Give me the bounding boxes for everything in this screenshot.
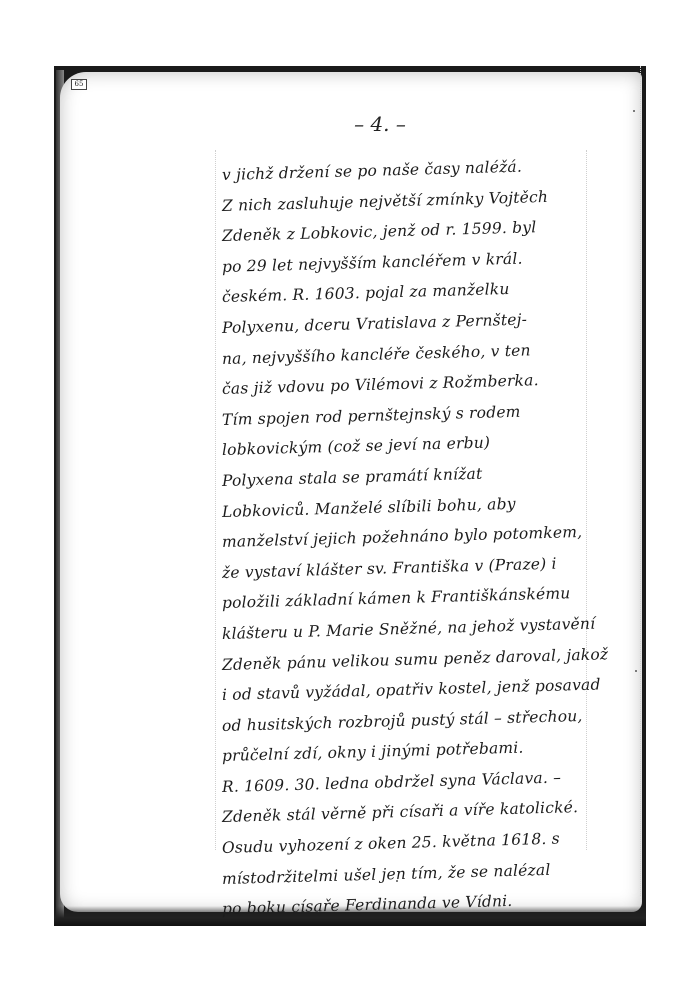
corner-mark: 65 bbox=[71, 79, 87, 90]
handwritten-text-block: v jichž držení se po naše časy naléžá. Z… bbox=[222, 160, 592, 925]
scan-speck bbox=[635, 670, 637, 672]
page-number: – 4. – bbox=[340, 112, 420, 136]
scan-speck bbox=[396, 880, 398, 882]
outer-margin-rule bbox=[640, 66, 641, 896]
left-margin-rule bbox=[215, 150, 216, 850]
scan-speck bbox=[633, 110, 635, 112]
